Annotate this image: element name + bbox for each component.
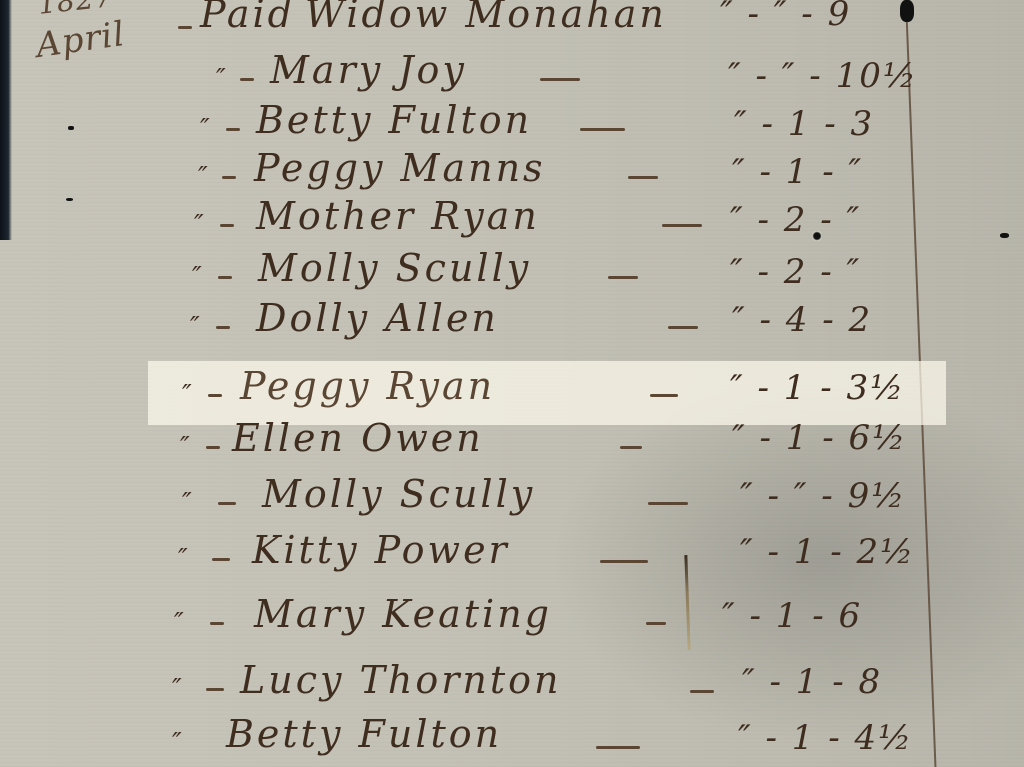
entry-amount: ″ - 1 - 3½ — [730, 368, 905, 408]
ditto-mark: ″ — [182, 488, 192, 518]
row-dash — [218, 276, 232, 279]
row-dash — [668, 326, 698, 329]
ledger-row: ″ Betty Fulton ″ - 1 - 3 — [0, 98, 1024, 148]
entry-name: Mary Joy — [270, 48, 467, 92]
ditto-mark: ″ — [174, 608, 184, 638]
ledger-row: ″ Dolly Allen ″ - 4 - 2 — [0, 296, 1024, 346]
row-dash — [226, 128, 240, 131]
entry-name: Kitty Power — [252, 528, 510, 572]
entry-amount: ″ - ″ - 10½ — [728, 56, 918, 96]
row-dash — [690, 690, 714, 693]
ditto-mark: ″ — [194, 210, 204, 240]
row-dash — [628, 176, 658, 179]
entry-amount: ″ - 1 - 8 — [742, 662, 882, 702]
ledger-row: Paid Widow Monahan ″ - ″ - 9 — [0, 0, 1024, 42]
entry-amount: ″ - 1 - 6½ — [732, 418, 907, 458]
entry-amount: ″ - 4 - 2 — [732, 300, 872, 340]
row-dash — [608, 276, 638, 279]
entry-amount: ″ - 2 - ″ — [730, 200, 861, 240]
entry-name: Betty Fulton — [226, 712, 502, 756]
row-dash — [206, 688, 224, 691]
entry-name: Peggy Manns — [254, 146, 546, 190]
ledger-row: ″ Ellen Owen ″ - 1 - 6½ — [0, 420, 1024, 470]
entry-amount: ″ - 1 - 2½ — [740, 532, 915, 572]
entry-amount: ″ - 1 - 4½ — [738, 718, 913, 758]
row-dash — [178, 26, 192, 29]
row-dash — [240, 78, 254, 81]
row-dash — [220, 224, 234, 227]
ditto-mark: ″ — [172, 674, 182, 704]
entry-amount: ″ - 1 - 6 — [722, 596, 862, 636]
ledger-row: ″ Mother Ryan ″ - 2 - ″ — [0, 194, 1024, 244]
entry-name: Mary Keating — [254, 592, 552, 636]
ledger-row: ″ Kitty Power ″ - 1 - 2½ — [0, 528, 1024, 578]
ditto-mark: ″ — [198, 162, 208, 192]
row-dash — [210, 622, 224, 625]
entry-name: Mother Ryan — [256, 194, 540, 238]
row-dash — [212, 558, 230, 561]
ledger-row: ″ Molly Scully ″ - 2 - ″ — [0, 246, 1024, 296]
entry-prefix: Paid — [200, 0, 295, 36]
row-dash — [216, 326, 230, 329]
row-dash — [580, 128, 625, 131]
entry-name: Betty Fulton — [256, 98, 532, 142]
row-dash — [222, 176, 236, 179]
entry-name: Ellen Owen — [232, 416, 484, 460]
entry-name: Peggy Ryan — [240, 364, 495, 408]
ditto-mark: ″ — [172, 728, 182, 758]
entry-name: Dolly Allen — [256, 296, 499, 340]
ditto-mark: ″ — [182, 380, 192, 410]
ledger-row: ″ Betty Fulton ″ - 1 - 4½ — [0, 712, 1024, 762]
ditto-mark: ″ — [180, 432, 190, 462]
ledger-row: ″ Molly Scully ″ - ″ - 9½ — [0, 472, 1024, 522]
row-dash — [600, 560, 648, 563]
row-dash — [646, 622, 666, 625]
ditto-mark: ″ — [178, 544, 188, 574]
ledger-row-highlighted: ″ Peggy Ryan ″ - 1 - 3½ — [0, 368, 1024, 418]
ledger-row: ″ Lucy Thornton ″ - 1 - 8 — [0, 658, 1024, 708]
ledger-row: ″ Mary Joy ″ - ″ - 10½ — [0, 48, 1024, 98]
row-dash — [206, 446, 220, 449]
entry-amount: ″ - 1 - 3 — [734, 104, 874, 144]
entry-amount: ″ - ″ - 9½ — [740, 476, 906, 516]
entry-amount: ″ - ″ - 9 — [720, 0, 851, 34]
ledger-row: ″ Peggy Manns ″ - 1 - ″ — [0, 146, 1024, 196]
row-dash — [218, 502, 236, 505]
row-dash — [650, 394, 678, 397]
row-dash — [662, 224, 702, 227]
row-dash — [208, 394, 222, 397]
ditto-mark: ″ — [192, 262, 202, 292]
entry-amount: ″ - 2 - ″ — [730, 252, 861, 292]
row-dash — [596, 746, 640, 749]
entry-name: Lucy Thornton — [240, 658, 562, 702]
entry-name: Widow Monahan — [305, 0, 667, 36]
row-dash — [540, 78, 580, 81]
ledger-page: 1827 April Paid Widow Monahan ″ - ″ - 9 … — [0, 0, 1024, 767]
entry-amount: ″ - 1 - ″ — [732, 152, 863, 192]
ditto-mark: ″ — [190, 312, 200, 342]
row-dash — [620, 446, 642, 449]
ditto-mark: ″ — [216, 64, 226, 94]
entry-name: Molly Scully — [258, 246, 531, 290]
ditto-mark: ″ — [200, 114, 210, 144]
row-dash — [648, 502, 688, 505]
entry-name: Molly Scully — [262, 472, 535, 516]
ledger-row: ″ Mary Keating ″ - 1 - 6 — [0, 592, 1024, 642]
